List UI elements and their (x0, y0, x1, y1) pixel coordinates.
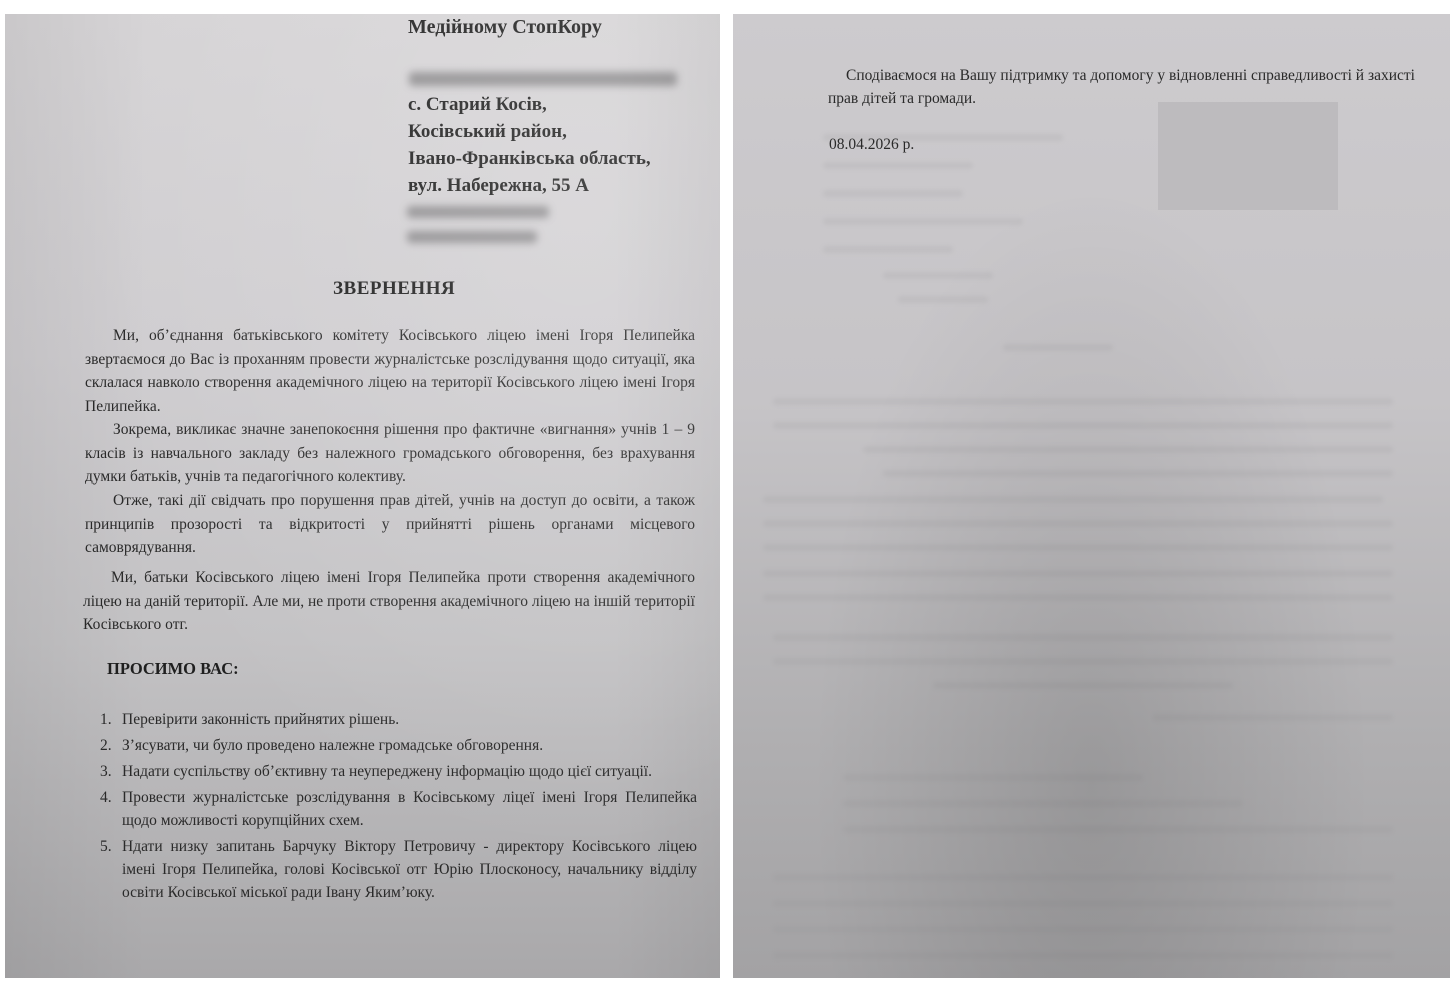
redacted-email (407, 206, 549, 218)
address-line-4: вул. Набережна, 55 А (408, 172, 589, 199)
request-item: 3.Надати суспільству об’єктивну та неупе… (100, 760, 697, 783)
address-line-1: с. Старий Косів, (408, 91, 547, 118)
redacted-phone (407, 231, 537, 243)
requests-list: 1.Перевірити законність прийнятих рішень… (100, 708, 697, 907)
address-line-3: Івано-Франківська область, (408, 145, 651, 172)
letter-date: 08.04.2026 р. (829, 136, 914, 154)
redacted-signature (1158, 102, 1338, 210)
request-item: 5.Ндати низку запитань Барчуку Віктору П… (100, 835, 697, 904)
paragraph-1: Ми, об’єднання батьківського комітету Ко… (85, 324, 695, 418)
address-line-2: Косівський район, (408, 118, 567, 145)
paragraph-3: Отже, такі дії свідчать про порушення пр… (85, 489, 695, 560)
paragraph-4: Ми, батьки Косівського ліцею імені Ігоря… (83, 566, 695, 637)
request-item: 2.З’ясувати, чи було проведено належне г… (100, 734, 697, 757)
request-item: 4.Провести журналістське розслідування в… (100, 786, 697, 832)
letter-title: ЗВЕРНЕННЯ (333, 278, 455, 300)
paragraph-2: Зокрема, викликає значне занепокоєння рі… (85, 418, 695, 489)
request-item: 1.Перевірити законність прийнятих рішень… (100, 708, 697, 731)
redacted-sender-name (409, 72, 677, 86)
letter-page-2: Сподіваємося на Вашу підтримку та допомо… (733, 14, 1450, 978)
letter-page-1: Медійному СтопКору с. Старий Косів, Косі… (5, 14, 720, 978)
requests-heading: ПРОСИМО ВАС: (107, 659, 239, 679)
recipient: Медійному СтопКору (408, 14, 602, 41)
